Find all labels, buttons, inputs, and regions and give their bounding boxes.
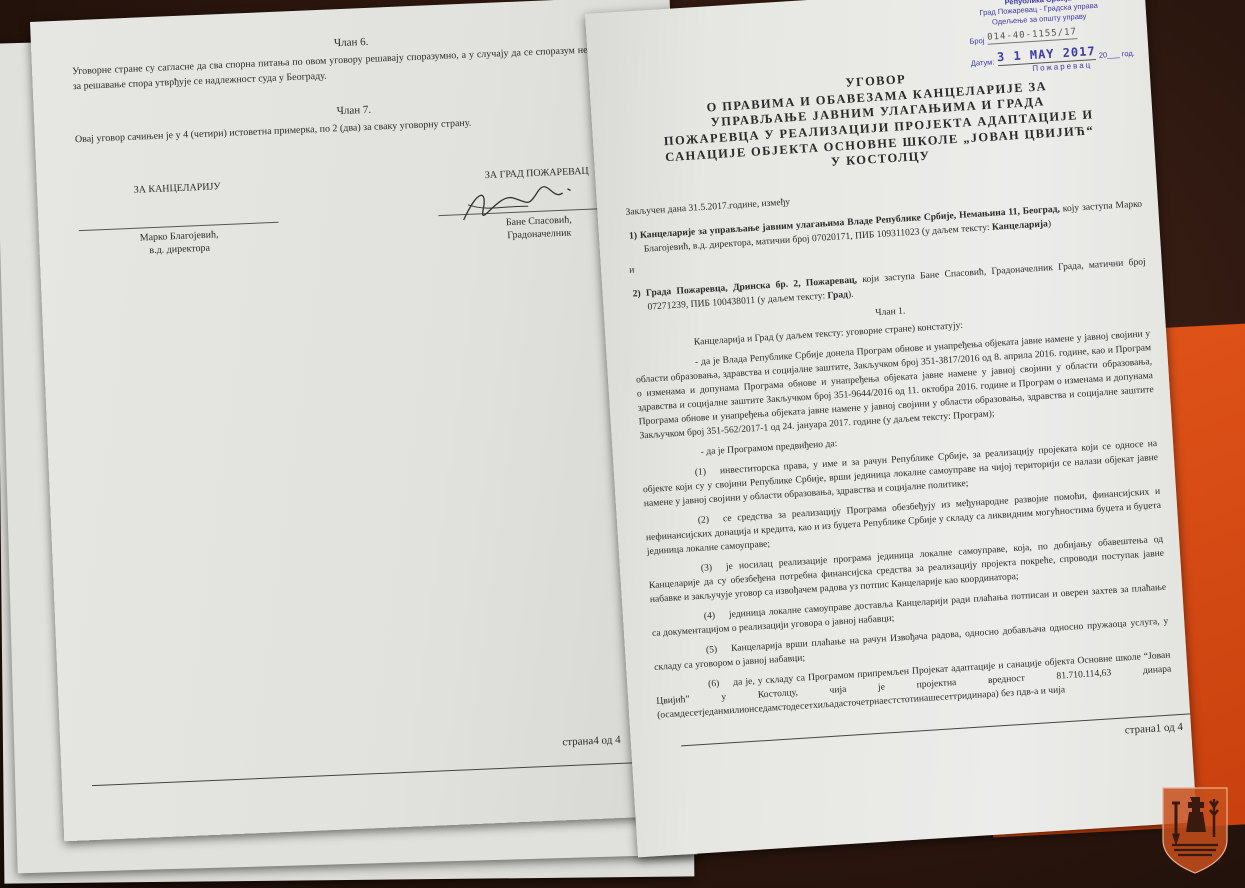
- contract-page-1: Република Србија Град Пожаревац - Градск…: [585, 0, 1197, 857]
- page-number: страна4 од 4: [562, 734, 621, 748]
- registry-number: 014-40-1155/17: [987, 27, 1077, 45]
- handwritten-signature-icon: [457, 180, 589, 225]
- footer-rule: [92, 761, 672, 786]
- signature-block: ЗА КАНЦЕЛАРИЈУ Марко Благојевић, в.д. ди…: [77, 164, 640, 260]
- coat-of-arms-icon: [1160, 785, 1230, 875]
- page-number: страна1 од 4: [1124, 721, 1183, 737]
- signatory-office: ЗА КАНЦЕЛАРИЈУ Марко Благојевић, в.д. ди…: [77, 179, 280, 260]
- contract-title: УГОВОР О ПРАВИМА И ОБАВЕЗАМА КАНЦЕЛАРИЈЕ…: [618, 58, 1139, 184]
